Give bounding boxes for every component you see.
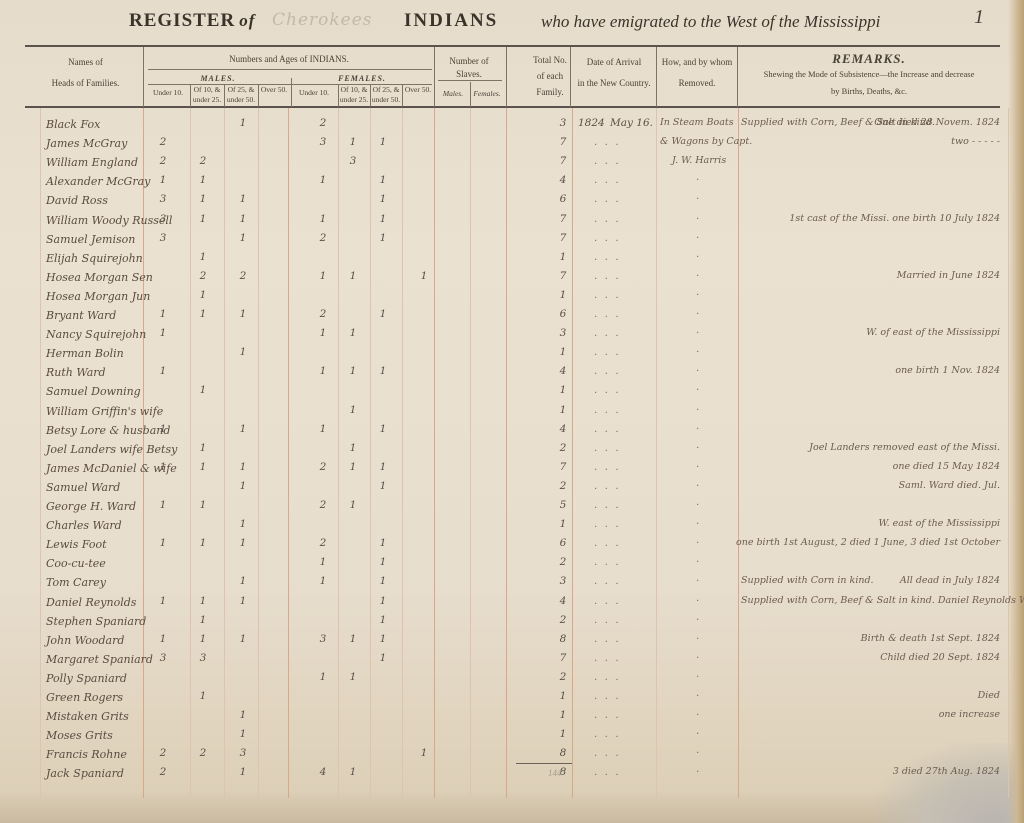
header-total: Total No.of eachFamily. xyxy=(520,54,580,99)
male-count-0: 1 xyxy=(148,174,178,186)
family-total: 6 xyxy=(548,193,578,205)
family-total: 2 xyxy=(548,480,578,492)
family-total: 3 xyxy=(548,575,578,587)
arrival-ditto: . . . xyxy=(594,384,621,396)
arrival-ditto: . . . xyxy=(594,575,621,587)
male-count-2: 1 xyxy=(228,308,258,320)
male-count-1: 1 xyxy=(188,537,218,549)
arrival-ditto: . . . xyxy=(594,537,621,549)
family-total: 2 xyxy=(548,614,578,626)
remark-text: Child died 20 Sept. 1824 xyxy=(880,652,1000,663)
page-edge xyxy=(1008,0,1024,823)
female-count-2: 1 xyxy=(368,174,398,186)
arrival-ditto: . . . xyxy=(594,346,621,358)
male-count-0: 2 xyxy=(148,136,178,148)
removed-ditto: · xyxy=(696,747,701,759)
male-count-2: 1 xyxy=(228,346,258,358)
family-total: 7 xyxy=(548,136,578,148)
female-count-1: 1 xyxy=(338,404,368,416)
arrival-date: May 16. xyxy=(610,117,653,129)
col-line xyxy=(656,108,657,798)
removed-ditto: · xyxy=(696,384,701,396)
header-arrival: Date of Arrivalin the New Country. xyxy=(572,56,656,90)
female-count-1: 1 xyxy=(338,766,368,778)
header-female-10-25: Of 10, & under 25. xyxy=(338,85,370,105)
male-count-0: 2 xyxy=(148,747,178,759)
female-count-2: 1 xyxy=(368,614,398,626)
male-count-1: 1 xyxy=(188,633,218,645)
family-total: 6 xyxy=(548,308,578,320)
male-count-0: 2 xyxy=(148,766,178,778)
arrival-ditto: . . . xyxy=(594,251,621,263)
head-of-family-name: Stephen Spaniard xyxy=(46,615,146,628)
arrival-ditto: . . . xyxy=(594,747,621,759)
water-stain xyxy=(874,743,1024,823)
removed-ditto: · xyxy=(696,346,701,358)
remark-text: two - - - - - xyxy=(951,136,1000,147)
page-title: REGISTERof Cherokees INDIANS who have em… xyxy=(0,4,1024,40)
col-line xyxy=(402,108,403,798)
female-count-1: 1 xyxy=(338,461,368,473)
male-count-1: 1 xyxy=(188,442,218,454)
male-count-0: 3 xyxy=(148,213,178,225)
female-count-0: 3 xyxy=(308,633,338,645)
arrival-ditto: . . . xyxy=(594,423,621,435)
male-count-0: 1 xyxy=(148,365,178,377)
family-total: 1 xyxy=(548,404,578,416)
family-total: 1 xyxy=(548,518,578,530)
removed-ditto: · xyxy=(696,633,701,645)
family-total: 7 xyxy=(548,232,578,244)
col-line xyxy=(470,82,471,107)
header-slaves-males: Males. xyxy=(436,89,470,99)
male-count-0: 1 xyxy=(148,423,178,435)
family-total: 2 xyxy=(548,556,578,568)
male-count-2: 1 xyxy=(228,595,258,607)
col-line xyxy=(370,108,371,798)
col-line xyxy=(570,47,571,107)
family-total: 8 xyxy=(548,633,578,645)
arrival-ditto: . . . xyxy=(594,766,621,778)
header-names: Names ofHeads of Families. xyxy=(28,56,143,90)
family-total: 7 xyxy=(548,155,578,167)
head-of-family-name: Nancy Squirejohn xyxy=(46,328,146,341)
family-total: 7 xyxy=(548,270,578,282)
removed-ditto: · xyxy=(696,461,701,473)
female-count-0: 2 xyxy=(308,499,338,511)
removed-ditto: · xyxy=(696,537,701,549)
male-count-0: 1 xyxy=(148,327,178,339)
col-line xyxy=(506,108,507,798)
arrival-ditto: . . . xyxy=(594,595,621,607)
male-count-1: 2 xyxy=(188,747,218,759)
male-count-2: 1 xyxy=(228,709,258,721)
head-of-family-name: Margaret Spaniard xyxy=(46,653,153,666)
family-total: 1 xyxy=(548,728,578,740)
male-count-1: 2 xyxy=(188,270,218,282)
head-of-family-name: David Ross xyxy=(46,194,108,207)
head-of-family-name: Mistaken Grits xyxy=(46,710,129,723)
female-count-0: 2 xyxy=(308,308,338,320)
divider xyxy=(148,69,432,70)
female-count-1: 1 xyxy=(338,365,368,377)
male-count-2: 1 xyxy=(228,766,258,778)
male-count-1: 1 xyxy=(188,289,218,301)
removed-ditto: · xyxy=(696,308,701,320)
remark-text: Supplied with Corn, Beef & Salt in kind.… xyxy=(741,595,1024,606)
male-count-2: 1 xyxy=(228,518,258,530)
removed-ditto: · xyxy=(696,289,701,301)
remark-text: Died xyxy=(978,690,1000,701)
remark-text: 3 died 27th Aug. 1824 xyxy=(893,766,1000,777)
head-of-family-name: Charles Ward xyxy=(46,519,122,532)
arrival-ditto: . . . xyxy=(594,327,621,339)
male-count-1: 2 xyxy=(188,155,218,167)
head-of-family-name: Samuel Jemison xyxy=(46,233,135,246)
female-count-0: 3 xyxy=(308,136,338,148)
female-count-2: 1 xyxy=(368,365,398,377)
col-line xyxy=(288,108,289,798)
family-total: 2 xyxy=(548,671,578,683)
col-line xyxy=(190,84,191,107)
female-count-2: 1 xyxy=(368,423,398,435)
male-count-2: 1 xyxy=(228,537,258,549)
title-register: REGISTERof xyxy=(129,10,255,32)
female-count-0: 1 xyxy=(308,327,338,339)
removed-ditto: · xyxy=(696,499,701,511)
female-count-0: 1 xyxy=(308,556,338,568)
family-total: 7 xyxy=(548,652,578,664)
male-count-2: 1 xyxy=(228,213,258,225)
male-count-0: 1 xyxy=(148,461,178,473)
removed-ditto: · xyxy=(696,671,701,683)
arrival-ditto: . . . xyxy=(594,614,621,626)
removed-ditto: · xyxy=(696,442,701,454)
male-count-0: 1 xyxy=(148,633,178,645)
removal-method: J. W. Harris xyxy=(672,155,726,166)
removed-ditto: · xyxy=(696,766,701,778)
removed-ditto: · xyxy=(696,595,701,607)
arrival-ditto: . . . xyxy=(594,480,621,492)
header-remarks: REMARKS. Shewing the Mode of Subsistence… xyxy=(738,52,1000,98)
female-count-2: 1 xyxy=(368,537,398,549)
header-removed: How, and by whomRemoved. xyxy=(656,56,738,90)
col-line xyxy=(738,108,739,798)
family-total: 1 xyxy=(548,346,578,358)
female-count-2: 1 xyxy=(368,633,398,645)
family-total: 4 xyxy=(548,595,578,607)
removal-method: & Wagons by Capt. xyxy=(660,136,752,147)
col-line xyxy=(1008,108,1009,798)
male-count-0: 3 xyxy=(148,193,178,205)
female-count-2: 1 xyxy=(368,461,398,473)
header-female-under10: Under 10. xyxy=(292,88,336,98)
female-count-1: 1 xyxy=(338,671,368,683)
margin-line xyxy=(40,108,41,798)
removed-ditto: · xyxy=(696,575,701,587)
family-total: 8 xyxy=(548,747,578,759)
male-count-2: 1 xyxy=(228,575,258,587)
remark-text: Married in June 1824 xyxy=(897,270,1000,281)
header-bottom-rule xyxy=(25,106,1000,108)
family-total: 1 xyxy=(548,690,578,702)
title-indians: INDIANS xyxy=(404,10,498,32)
arrival-ditto: . . . xyxy=(594,270,621,282)
family-total: 1 xyxy=(548,251,578,263)
male-count-2: 1 xyxy=(228,423,258,435)
title-tribe-handwritten: Cherokees xyxy=(272,10,373,30)
arrival-ditto: . . . xyxy=(594,671,621,683)
head-of-family-name: James McGray xyxy=(46,137,127,150)
header-top-rule xyxy=(25,45,1000,47)
removed-ditto: · xyxy=(696,614,701,626)
male-count-1: 1 xyxy=(188,384,218,396)
female-count-1: 1 xyxy=(338,442,368,454)
male-count-1: 1 xyxy=(188,193,218,205)
col-line xyxy=(258,108,259,798)
remark-text: one birth 1st August, 2 died 1 June, 3 d… xyxy=(736,537,1000,548)
removed-ditto: · xyxy=(696,365,701,377)
header-female-25-50: Of 25, & under 50. xyxy=(370,85,402,105)
header-numbers-ages: Numbers and Ages of INDIANS. xyxy=(145,53,433,66)
arrival-ditto: . . . xyxy=(594,728,621,740)
removed-ditto: · xyxy=(696,556,701,568)
female-count-1: 1 xyxy=(338,136,368,148)
removed-ditto: · xyxy=(696,728,701,740)
arrival-ditto: . . . xyxy=(594,136,621,148)
female-count-0: 2 xyxy=(308,461,338,473)
female-count-1: 1 xyxy=(338,327,368,339)
arrival-ditto: . . . xyxy=(594,442,621,454)
arrival-ditto: . . . xyxy=(594,213,621,225)
head-of-family-name: Bryant Ward xyxy=(46,309,116,322)
male-count-0: 1 xyxy=(148,537,178,549)
female-count-0: 4 xyxy=(308,766,338,778)
arrival-ditto: . . . xyxy=(594,518,621,530)
head-of-family-name: Hosea Morgan Sen xyxy=(46,271,153,284)
head-of-family-name: Polly Spaniard xyxy=(46,672,127,685)
male-count-1: 1 xyxy=(188,251,218,263)
col-line xyxy=(656,47,657,107)
head-of-family-name: Daniel Reynolds xyxy=(46,596,136,609)
remark-text: One died 28 Novem. 1824 xyxy=(874,117,1000,128)
female-count-2: 1 xyxy=(368,575,398,587)
female-count-1: 3 xyxy=(338,155,368,167)
removal-method: In Steam Boats xyxy=(660,117,734,128)
arrival-ditto: . . . xyxy=(594,633,621,645)
family-total: 1 xyxy=(548,289,578,301)
head-of-family-name: Ruth Ward xyxy=(46,366,106,379)
arrival-ditto: . . . xyxy=(594,193,621,205)
header-male-10-25: Of 10, & under 25. xyxy=(190,85,224,105)
family-total: 3 xyxy=(548,327,578,339)
male-count-2: 1 xyxy=(228,117,258,129)
family-total: 1 xyxy=(548,384,578,396)
male-count-0: 3 xyxy=(148,652,178,664)
family-total: 6 xyxy=(548,537,578,549)
male-count-1: 1 xyxy=(188,614,218,626)
remark-text: one increase xyxy=(939,709,1000,720)
family-total: 5 xyxy=(548,499,578,511)
male-count-0: 1 xyxy=(148,499,178,511)
removed-ditto: · xyxy=(696,270,701,282)
head-of-family-name: Alexander McGray xyxy=(46,175,150,188)
male-count-0: 2 xyxy=(148,155,178,167)
removed-ditto: · xyxy=(696,251,701,263)
head-of-family-name: Samuel Downing xyxy=(46,385,141,398)
col-line xyxy=(224,84,225,107)
female-count-2: 1 xyxy=(368,232,398,244)
arrival-ditto: . . . xyxy=(594,174,621,186)
female-count-0: 1 xyxy=(308,174,338,186)
male-count-0: 1 xyxy=(148,595,178,607)
arrival-ditto: . . . xyxy=(594,709,621,721)
male-count-0: 3 xyxy=(148,232,178,244)
head-of-family-name: George H. Ward xyxy=(46,500,136,513)
arrival-ditto: . . . xyxy=(594,308,621,320)
removed-ditto: · xyxy=(696,193,701,205)
total-underline xyxy=(516,763,572,764)
col-line xyxy=(143,47,144,107)
total-sum: 144 xyxy=(548,768,562,778)
female-count-0: 1 xyxy=(308,423,338,435)
female-count-0: 2 xyxy=(308,232,338,244)
family-total: 4 xyxy=(548,174,578,186)
female-count-0: 1 xyxy=(308,575,338,587)
head-of-family-name: Samuel Ward xyxy=(46,481,120,494)
male-count-0: 1 xyxy=(148,308,178,320)
header-male-under10: Under 10. xyxy=(146,88,190,98)
arrival-ditto: . . . xyxy=(594,289,621,301)
removed-ditto: · xyxy=(696,480,701,492)
female-count-3: 1 xyxy=(409,747,439,759)
col-line xyxy=(434,108,435,798)
arrival-ditto: . . . xyxy=(594,461,621,473)
remark-text: one died 15 May 1824 xyxy=(893,461,1000,472)
head-of-family-name: Tom Carey xyxy=(46,576,106,589)
arrival-ditto: . . . xyxy=(594,404,621,416)
arrival-year: 1824 xyxy=(578,117,605,129)
col-line xyxy=(370,84,371,107)
family-total: 2 xyxy=(548,442,578,454)
header-female-over50: Over 50. xyxy=(402,85,434,95)
col-line xyxy=(737,47,738,107)
arrival-ditto: . . . xyxy=(594,155,621,167)
remark-text: 1st cast of the Missi. one birth 10 July… xyxy=(789,213,1000,224)
arrival-ditto: . . . xyxy=(594,365,621,377)
head-of-family-name: Hosea Morgan Jun xyxy=(46,290,150,303)
remark-text: W. east of the Mississippi xyxy=(878,518,1000,529)
male-count-2: 1 xyxy=(228,633,258,645)
female-count-0: 1 xyxy=(308,213,338,225)
remark-text: Supplied with Corn in kind. xyxy=(741,575,874,586)
divider xyxy=(438,80,502,81)
male-count-1: 1 xyxy=(188,499,218,511)
male-count-2: 1 xyxy=(228,193,258,205)
female-count-2: 1 xyxy=(368,308,398,320)
head-of-family-name: Lewis Foot xyxy=(46,538,107,551)
female-count-2: 1 xyxy=(368,136,398,148)
arrival-ditto: . . . xyxy=(594,556,621,568)
col-line xyxy=(224,108,225,798)
head-of-family-name: Green Rogers xyxy=(46,691,123,704)
female-count-1: 1 xyxy=(338,499,368,511)
female-count-2: 1 xyxy=(368,213,398,225)
female-count-2: 1 xyxy=(368,193,398,205)
family-total: 3 xyxy=(548,117,578,129)
male-count-1: 1 xyxy=(188,174,218,186)
male-count-2: 3 xyxy=(228,747,258,759)
col-line xyxy=(506,47,507,107)
male-count-2: 2 xyxy=(228,270,258,282)
head-of-family-name: William England xyxy=(46,156,138,169)
arrival-ditto: . . . xyxy=(594,232,621,244)
head-of-family-name: Black Fox xyxy=(46,118,100,131)
male-count-1: 1 xyxy=(188,595,218,607)
title-subtitle: who have emigrated to the West of the Mi… xyxy=(541,12,880,32)
female-count-2: 1 xyxy=(368,556,398,568)
female-count-2: 1 xyxy=(368,595,398,607)
removed-ditto: · xyxy=(696,652,701,664)
head-of-family-name: Joel Landers wife Betsy xyxy=(46,443,177,456)
removed-ditto: · xyxy=(696,213,701,225)
removed-ditto: · xyxy=(696,232,701,244)
female-count-1: 1 xyxy=(338,633,368,645)
male-count-2: 1 xyxy=(228,480,258,492)
male-count-2: 1 xyxy=(228,728,258,740)
removed-ditto: · xyxy=(696,423,701,435)
arrival-ditto: . . . xyxy=(594,652,621,664)
removed-ditto: · xyxy=(696,327,701,339)
head-of-family-name: Moses Grits xyxy=(46,729,113,742)
page-number: 1 xyxy=(974,6,984,29)
male-count-1: 1 xyxy=(188,461,218,473)
remark-text: Birth & death 1st Sept. 1824 xyxy=(861,633,1000,644)
header-slaves-females: Females. xyxy=(470,89,504,99)
removed-ditto: · xyxy=(696,690,701,702)
removed-ditto: · xyxy=(696,174,701,186)
female-count-3: 1 xyxy=(409,270,439,282)
head-of-family-name: William Griffin's wife xyxy=(46,405,163,418)
family-total: 1 xyxy=(548,709,578,721)
remark-text: one birth 1 Nov. 1824 xyxy=(895,365,1000,376)
male-count-1: 1 xyxy=(188,308,218,320)
header-slaves: Number ofSlaves. xyxy=(436,55,502,81)
removed-ditto: · xyxy=(696,709,701,721)
female-count-0: 1 xyxy=(308,671,338,683)
female-count-0: 1 xyxy=(308,365,338,377)
head-of-family-name: Francis Rohne xyxy=(46,748,127,761)
head-of-family-name: Herman Bolin xyxy=(46,347,124,360)
col-line xyxy=(402,84,403,107)
female-count-1: 1 xyxy=(338,270,368,282)
removed-ditto: · xyxy=(696,404,701,416)
col-line xyxy=(258,84,259,107)
header-male-25-50: Of 25, & under 50. xyxy=(224,85,258,105)
col-line xyxy=(291,78,292,107)
female-count-2: 1 xyxy=(368,480,398,492)
male-count-2: 1 xyxy=(228,461,258,473)
arrival-ditto: . . . xyxy=(594,499,621,511)
head-of-family-name: John Woodard xyxy=(46,634,124,647)
male-count-1: 1 xyxy=(188,213,218,225)
head-of-family-name: Elijah Squirejohn xyxy=(46,252,143,265)
family-total: 7 xyxy=(548,213,578,225)
male-count-1: 1 xyxy=(188,690,218,702)
female-count-2: 1 xyxy=(368,652,398,664)
remark-text: All dead in July 1824 xyxy=(900,575,1000,586)
col-line xyxy=(470,108,471,798)
